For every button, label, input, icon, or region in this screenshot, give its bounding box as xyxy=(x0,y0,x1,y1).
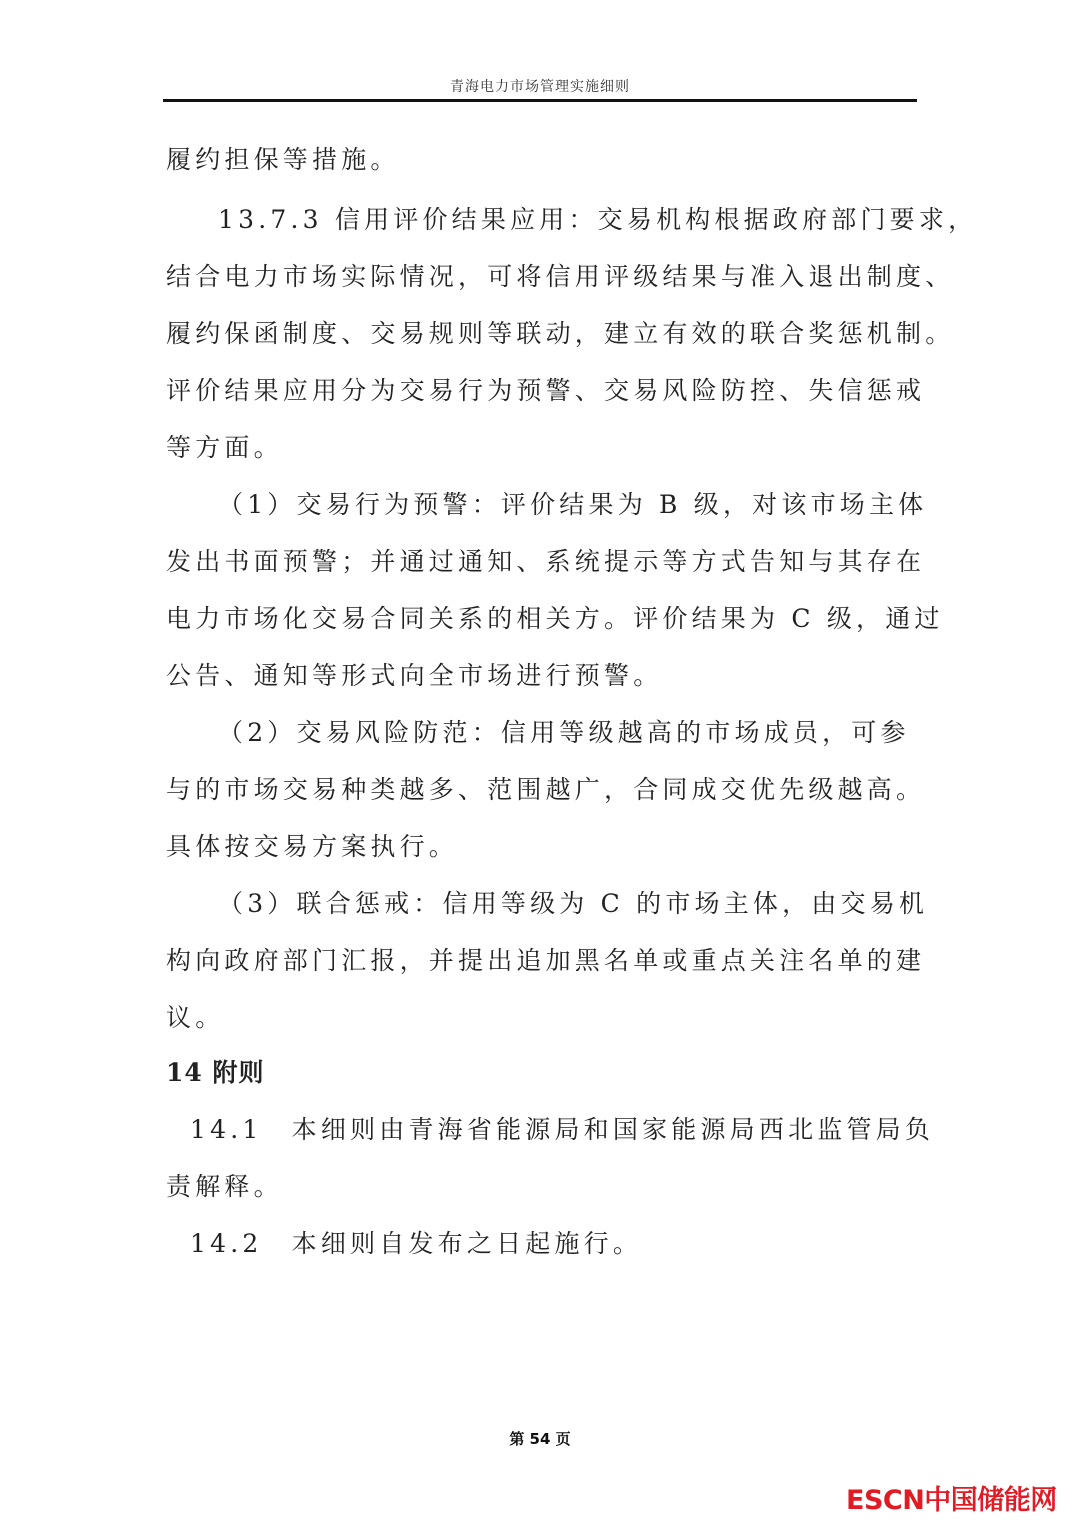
section-14-heading: 14 附则 xyxy=(166,1053,265,1089)
running-header-title: 青海电力市场管理实施细则 xyxy=(0,76,1080,96)
body-line: 构向政府部门汇报，并提出追加黑名单或重点关注名单的建 xyxy=(166,941,925,977)
body-line: 电力市场化交易合同关系的相关方。评价结果为 C 级，通过 xyxy=(166,599,944,635)
body-line: 评价结果应用分为交易行为预警、交易风险防控、失信惩戒 xyxy=(166,371,925,407)
section-13-7-3-line: 13.7.3 信用评价结果应用：交易机构根据政府部门要求， xyxy=(218,200,977,236)
body-line: 结合电力市场实际情况，可将信用评级结果与准入退出制度、 xyxy=(166,257,954,293)
header-divider xyxy=(163,99,917,102)
body-line: 具体按交易方案执行。 xyxy=(166,827,458,863)
body-line: 发出书面预警；并通过通知、系统提示等方式告知与其存在 xyxy=(166,542,925,578)
body-line: 公告、通知等形式向全市场进行预警。 xyxy=(166,656,662,692)
body-line: 履约保函制度、交易规则等联动，建立有效的联合奖惩机制。 xyxy=(166,314,954,350)
body-line: 履约担保等措施。 xyxy=(166,140,400,176)
page-number: 第 54 页 xyxy=(0,1428,1080,1449)
item-3-line: （3）联合惩戒：信用等级为 C 的市场主体，由交易机 xyxy=(218,884,928,920)
body-line: 与的市场交易种类越多、范围越广，合同成交优先级越高。 xyxy=(166,770,925,806)
body-line: 等方面。 xyxy=(166,428,283,464)
escn-watermark-logo: ESCN中国储能网 xyxy=(846,1478,1057,1517)
item-2-line: （2）交易风险防范：信用等级越高的市场成员，可参 xyxy=(218,713,910,749)
item-1-line: （1）交易行为预警：评价结果为 B 级，对该市场主体 xyxy=(218,485,927,521)
section-14-2-line: 14.2 本细则自发布之日起施行。 xyxy=(190,1224,642,1260)
body-line: 议。 xyxy=(166,998,224,1034)
body-line: 责解释。 xyxy=(166,1167,283,1203)
section-14-1-line: 14.1 本细则由青海省能源局和国家能源局西北监管局负 xyxy=(190,1110,934,1146)
